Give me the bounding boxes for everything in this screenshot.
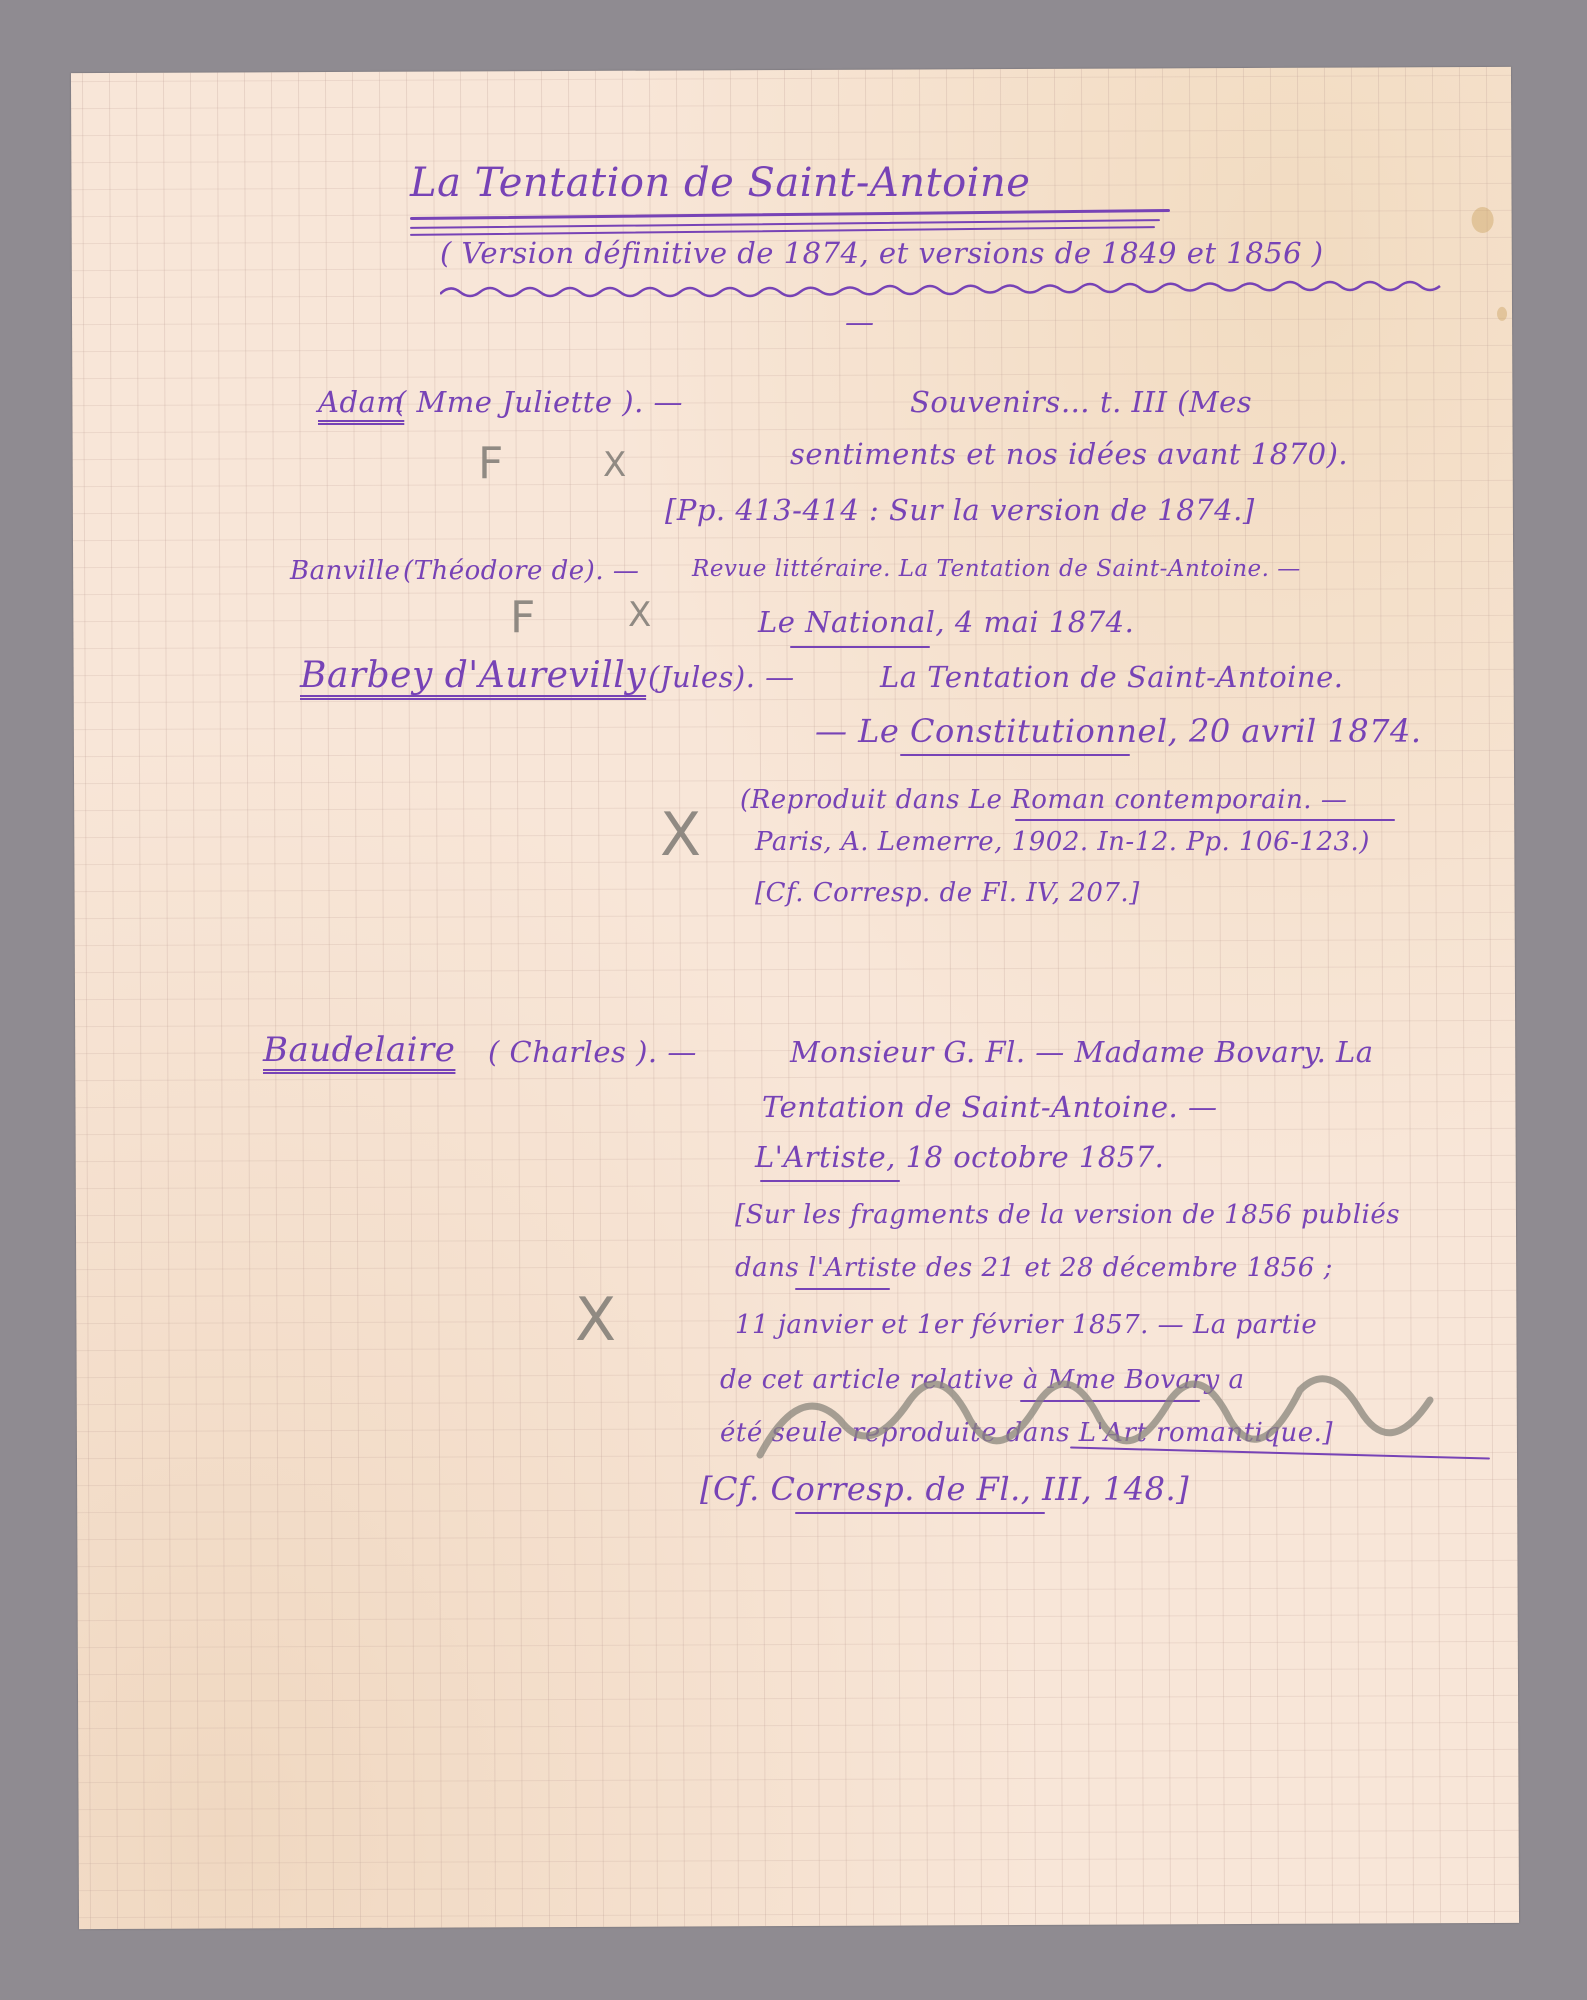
page-title: La Tentation de Saint-Antoine — [410, 160, 1030, 206]
author-name: Baudelaire — [263, 1030, 455, 1070]
entry-line: Revue littéraire. La Tentation de Saint-… — [692, 556, 1301, 582]
manuscript-page — [71, 67, 1519, 1929]
pencil-x-icon: X — [660, 800, 701, 870]
journal-underline — [760, 1180, 900, 1182]
page-subtitle: ( Version définitive de 1874, et version… — [440, 236, 1324, 270]
pencil-x-icon: X — [603, 445, 626, 485]
entry-line: Tentation de Saint-Antoine. — — [762, 1090, 1217, 1124]
journal-underline — [900, 754, 1130, 756]
entry-line: Souvenirs… t. III (Mes — [910, 385, 1252, 419]
entry-line: dans l'Artiste des 21 et 28 décembre 185… — [735, 1253, 1333, 1283]
foxing-stain — [1497, 307, 1507, 321]
entry-line: [Cf. Corresp. de Fl., III, 148.] — [700, 1470, 1189, 1508]
entry-line: sentiments et nos idées avant 1870). — [790, 437, 1348, 471]
entry-line: [Cf. Corresp. de Fl. IV, 207.] — [755, 878, 1140, 908]
foxing-stain — [1472, 207, 1494, 233]
entry-line: (Reproduit dans Le Roman contemporain. — — [740, 785, 1347, 815]
entry-line: Le National, 4 mai 1874. — [758, 605, 1134, 639]
author-details: (Jules). — — [648, 660, 795, 694]
entry-line: — Le Constitutionnel, 20 avril 1874. — [815, 712, 1422, 750]
entry-line: L'Artiste, 18 octobre 1857. — [755, 1140, 1164, 1174]
entry-line: [Pp. 413-414 : Sur la version de 1874.] — [665, 493, 1255, 527]
journal-underline — [795, 1288, 890, 1290]
entry-line: 11 janvier et 1er février 1857. — La par… — [735, 1310, 1317, 1340]
pencil-x-icon: X — [628, 595, 651, 635]
subtitle-wavy-underline — [440, 280, 1490, 300]
pencil-mark-icon: F — [478, 438, 503, 489]
entry-line: Monsieur G. Fl. — Madame Bovary. La — [790, 1035, 1374, 1069]
author-details: ( Charles ). — — [488, 1035, 697, 1069]
book-underline — [1015, 819, 1395, 821]
separator-dash: — — [845, 305, 875, 339]
author-name: Banville — [290, 556, 400, 586]
journal-underline — [790, 646, 930, 648]
author-name: Adam — [318, 385, 404, 419]
entry-line: La Tentation de Saint-Antoine. — [880, 660, 1344, 694]
pencil-x-icon: X — [575, 1285, 616, 1355]
author-details: ( Mme Juliette ). — — [395, 385, 683, 419]
author-details: (Théodore de). — — [403, 556, 639, 586]
pencil-mark-icon: F — [510, 592, 535, 643]
entry-line: [Sur les fragments de la version de 1856… — [735, 1200, 1400, 1230]
author-name: Barbey d'Aurevilly — [300, 655, 646, 696]
pencil-scribble-icon — [740, 1360, 1500, 1470]
corresp-underline — [795, 1512, 1045, 1514]
entry-line: Paris, A. Lemerre, 1902. In-12. Pp. 106-… — [755, 827, 1370, 857]
